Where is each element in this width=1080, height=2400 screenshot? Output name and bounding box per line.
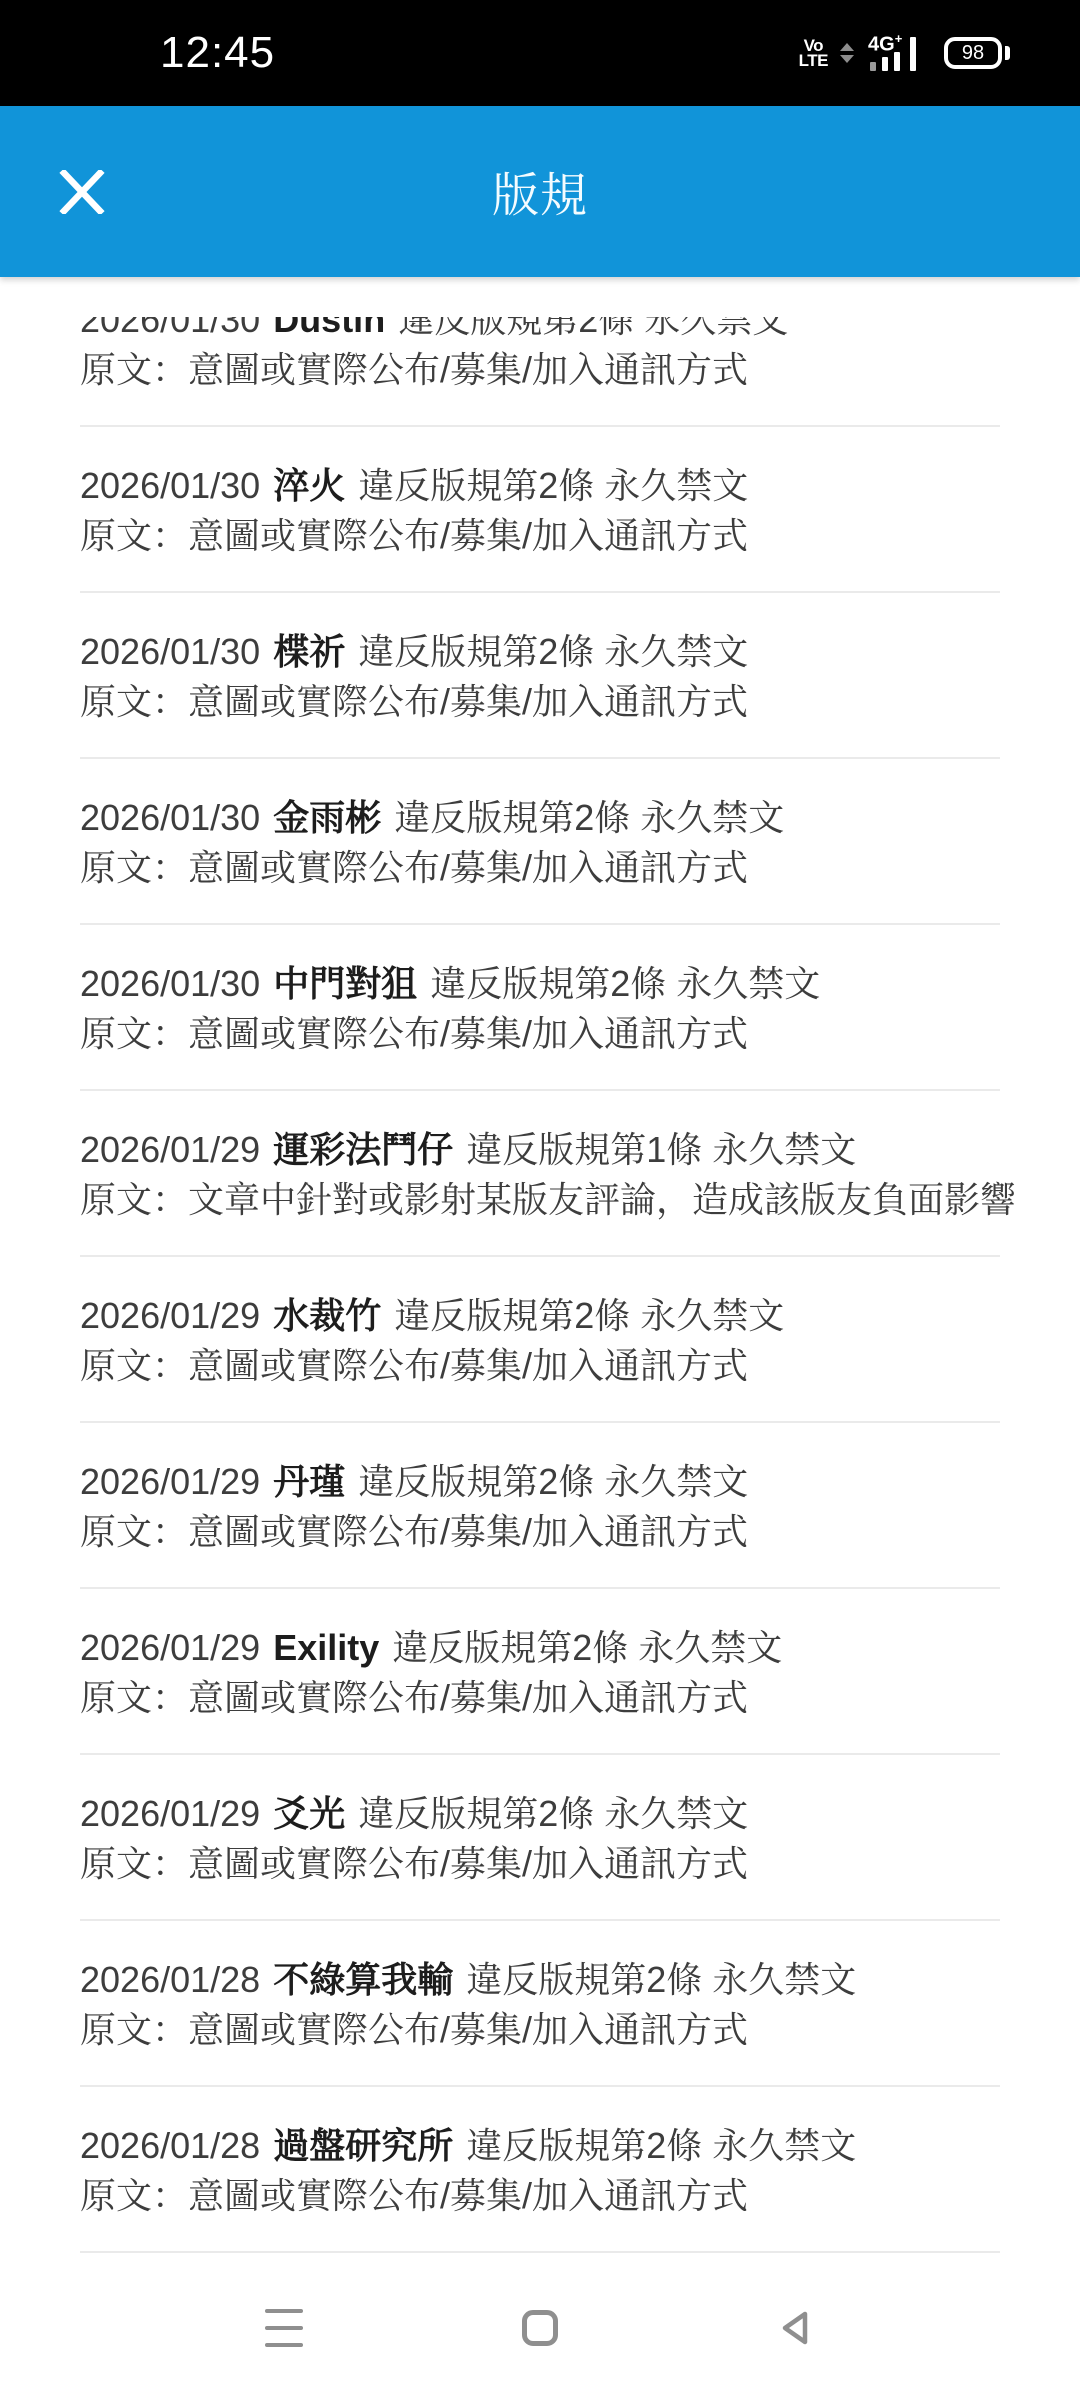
item-username: 爻光 bbox=[273, 1793, 345, 1834]
item-original-text: 原文：意圖或實際公布/募集/加入通訊方式 bbox=[80, 1673, 1000, 1723]
item-violation: 違反版規第2條 永久禁文 bbox=[466, 2125, 856, 2166]
item-violation: 違反版規第2條 永久禁文 bbox=[398, 317, 788, 340]
ban-list-item: 2026/01/30淬火違反版規第2條 永久禁文 原文：意圖或實際公布/募集/加… bbox=[80, 427, 1000, 593]
nav-home-button[interactable] bbox=[500, 2288, 580, 2368]
item-headline: 2026/01/30中門對狙違反版規第2條 永久禁文 bbox=[80, 959, 1000, 1009]
item-violation: 違反版規第2條 永久禁文 bbox=[358, 1461, 748, 1502]
item-violation: 違反版規第2條 永久禁文 bbox=[394, 1295, 784, 1336]
ban-list-item: 2026/01/29水裁竹違反版規第2條 永久禁文 原文：意圖或實際公布/募集/… bbox=[80, 1257, 1000, 1423]
item-username: 過盤研究所 bbox=[273, 2125, 453, 2166]
ban-list-item: 2026/01/29丹瑾違反版規第2條 永久禁文 原文：意圖或實際公布/募集/加… bbox=[80, 1423, 1000, 1589]
item-original-text: 原文：文章中針對或影射某版友評論，造成該版友負面影響 bbox=[80, 1175, 1000, 1225]
item-violation: 違反版規第1條 永久禁文 bbox=[466, 1129, 856, 1170]
volte-icon: Vo LTE bbox=[799, 38, 828, 68]
item-original-text: 原文：意圖或實際公布/募集/加入通訊方式 bbox=[80, 843, 1000, 893]
item-date: 2026/01/30 bbox=[80, 465, 260, 506]
phone-screen: 12:45 Vo LTE 4G+ 98 bbox=[0, 0, 1080, 2400]
signal-bar-3 bbox=[894, 52, 900, 71]
battery-nub bbox=[1005, 46, 1010, 60]
item-violation: 違反版規第2條 永久禁文 bbox=[466, 1959, 856, 2000]
signal-bar-4 bbox=[910, 37, 916, 71]
item-username: Exility bbox=[273, 1627, 379, 1668]
item-date: 2026/01/30 bbox=[80, 963, 260, 1004]
item-date: 2026/01/29 bbox=[80, 1461, 260, 1502]
item-date: 2026/01/28 bbox=[80, 2125, 260, 2166]
item-username: Dustin bbox=[273, 317, 385, 340]
signal-strength-icon: 4G+ bbox=[868, 35, 930, 71]
item-headline: 2026/01/30金雨彬違反版規第2條 永久禁文 bbox=[80, 793, 1000, 843]
data-activity-icon bbox=[840, 43, 854, 63]
close-icon bbox=[59, 170, 105, 214]
item-date: 2026/01/29 bbox=[80, 1295, 260, 1336]
item-date: 2026/01/30 bbox=[80, 317, 260, 340]
item-original-text: 原文：意圖或實際公布/募集/加入通訊方式 bbox=[80, 511, 1000, 561]
item-username: 中門對狙 bbox=[273, 963, 417, 1004]
item-violation: 違反版規第2條 永久禁文 bbox=[394, 797, 784, 838]
ban-list-item: 2026/01/28過盤研究所違反版規第2條 永久禁文 原文：意圖或實際公布/募… bbox=[80, 2087, 1000, 2253]
item-original-text: 原文：意圖或實際公布/募集/加入通訊方式 bbox=[80, 345, 1000, 395]
item-username: 淬火 bbox=[273, 465, 345, 506]
item-date: 2026/01/29 bbox=[80, 1627, 260, 1668]
signal-bar-2 bbox=[882, 57, 888, 71]
item-headline: 2026/01/29爻光違反版規第2條 永久禁文 bbox=[80, 1789, 1000, 1839]
page-title: 版規 bbox=[492, 158, 588, 225]
close-button[interactable] bbox=[56, 166, 108, 218]
ban-list[interactable]: 2026/01/30Dustin違反版規第2條 永久禁文 原文：意圖或實際公布/… bbox=[0, 317, 1080, 2255]
item-headline: 2026/01/30Dustin違反版規第2條 永久禁文 bbox=[80, 317, 1000, 345]
item-username: 水裁竹 bbox=[273, 1295, 381, 1336]
ban-list-item: 2026/01/29運彩法鬥仔違反版規第1條 永久禁文 原文：文章中針對或影射某… bbox=[80, 1091, 1000, 1257]
item-headline: 2026/01/28不綠算我輸違反版規第2條 永久禁文 bbox=[80, 1955, 1000, 2005]
status-bar: 12:45 Vo LTE 4G+ 98 bbox=[0, 0, 1080, 106]
item-violation: 違反版規第2條 永久禁文 bbox=[392, 1627, 782, 1668]
arrow-down-icon bbox=[840, 55, 854, 63]
item-original-text: 原文：意圖或實際公布/募集/加入通訊方式 bbox=[80, 1009, 1000, 1059]
nav-menu-button[interactable] bbox=[244, 2288, 324, 2368]
item-original-text: 原文：意圖或實際公布/募集/加入通訊方式 bbox=[80, 2171, 1000, 2221]
battery-icon: 98 bbox=[944, 37, 1010, 69]
item-original-text: 原文：意圖或實際公布/募集/加入通訊方式 bbox=[80, 1507, 1000, 1557]
ban-list-item: 2026/01/29爻光違反版規第2條 永久禁文 原文：意圖或實際公布/募集/加… bbox=[80, 1755, 1000, 1921]
item-date: 2026/01/28 bbox=[80, 1959, 260, 2000]
item-username: 丹瑾 bbox=[273, 1461, 345, 1502]
item-original-text: 原文：意圖或實際公布/募集/加入通訊方式 bbox=[80, 1341, 1000, 1391]
android-nav-bar bbox=[0, 2255, 1080, 2400]
menu-icon bbox=[265, 2309, 303, 2347]
item-headline: 2026/01/30楪祈違反版規第2條 永久禁文 bbox=[80, 627, 1000, 677]
item-headline: 2026/01/28過盤研究所違反版規第2條 永久禁文 bbox=[80, 2121, 1000, 2171]
app-header: 版規 bbox=[0, 106, 1080, 277]
nav-back-button[interactable] bbox=[756, 2288, 836, 2368]
item-violation: 違反版規第2條 永久禁文 bbox=[358, 631, 748, 672]
item-original-text: 原文：意圖或實際公布/募集/加入通訊方式 bbox=[80, 1839, 1000, 1889]
ban-list-item: 2026/01/29Exility違反版規第2條 永久禁文 原文：意圖或實際公布… bbox=[80, 1589, 1000, 1755]
arrow-up-icon bbox=[840, 43, 854, 51]
item-username: 運彩法鬥仔 bbox=[273, 1129, 453, 1170]
ban-list-content: 2026/01/30Dustin違反版規第2條 永久禁文 原文：意圖或實際公布/… bbox=[0, 317, 1080, 2253]
ban-list-item: 2026/01/30金雨彬違反版規第2條 永久禁文 原文：意圖或實際公布/募集/… bbox=[80, 759, 1000, 925]
ban-list-item: 2026/01/30Dustin違反版規第2條 永久禁文 原文：意圖或實際公布/… bbox=[80, 317, 1000, 427]
back-icon bbox=[776, 2308, 816, 2348]
item-violation: 違反版規第2條 永久禁文 bbox=[430, 963, 820, 1004]
item-headline: 2026/01/29運彩法鬥仔違反版規第1條 永久禁文 bbox=[80, 1125, 1000, 1175]
ban-list-item: 2026/01/28不綠算我輸違反版規第2條 永久禁文 原文：意圖或實際公布/募… bbox=[80, 1921, 1000, 2087]
item-original-text: 原文：意圖或實際公布/募集/加入通訊方式 bbox=[80, 677, 1000, 727]
item-date: 2026/01/30 bbox=[80, 631, 260, 672]
item-date: 2026/01/29 bbox=[80, 1129, 260, 1170]
ban-list-item: 2026/01/30中門對狙違反版規第2條 永久禁文 原文：意圖或實際公布/募集… bbox=[80, 925, 1000, 1091]
item-username: 金雨彬 bbox=[273, 797, 381, 838]
item-username: 不綠算我輸 bbox=[273, 1959, 453, 2000]
status-icons: Vo LTE 4G+ 98 bbox=[799, 35, 1010, 71]
item-headline: 2026/01/30淬火違反版規第2條 永久禁文 bbox=[80, 461, 1000, 511]
item-original-text: 原文：意圖或實際公布/募集/加入通訊方式 bbox=[80, 2005, 1000, 2055]
item-violation: 違反版規第2條 永久禁文 bbox=[358, 1793, 748, 1834]
home-icon bbox=[522, 2310, 558, 2346]
item-headline: 2026/01/29水裁竹違反版規第2條 永久禁文 bbox=[80, 1291, 1000, 1341]
item-headline: 2026/01/29Exility違反版規第2條 永久禁文 bbox=[80, 1623, 1000, 1673]
signal-bar-1 bbox=[870, 62, 876, 71]
item-headline: 2026/01/29丹瑾違反版規第2條 永久禁文 bbox=[80, 1457, 1000, 1507]
item-date: 2026/01/30 bbox=[80, 797, 260, 838]
ban-list-item: 2026/01/30楪祈違反版規第2條 永久禁文 原文：意圖或實際公布/募集/加… bbox=[80, 593, 1000, 759]
volte-bottom-label: LTE bbox=[799, 53, 828, 68]
item-username: 楪祈 bbox=[273, 631, 345, 672]
status-time: 12:45 bbox=[160, 28, 275, 78]
item-date: 2026/01/29 bbox=[80, 1793, 260, 1834]
battery-percent: 98 bbox=[962, 42, 984, 65]
item-violation: 違反版規第2條 永久禁文 bbox=[358, 465, 748, 506]
